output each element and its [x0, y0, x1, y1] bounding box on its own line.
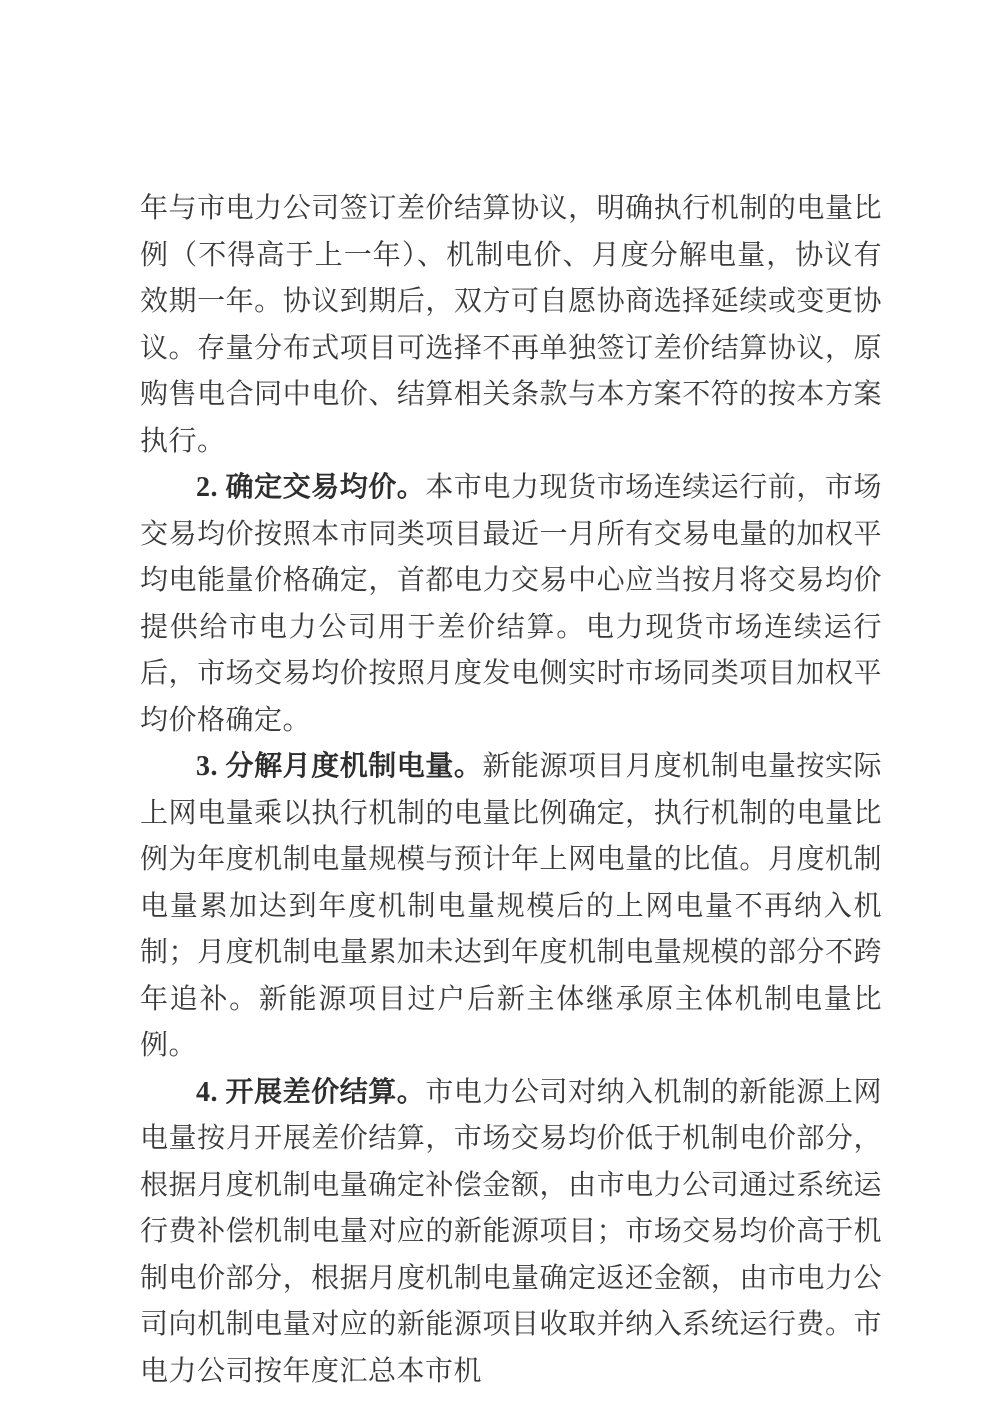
paragraph-text: 本市电力现货市场连续运行前，市场交易均价按照本市同类项目最近一月所有交易电量的加…: [140, 472, 882, 736]
document-body: 年与市电力公司签订差价结算协议，明确执行机制的电量比例（不得高于上一年）、机制电…: [140, 186, 882, 1395]
paragraph-lead: 4. 开展差价结算。: [196, 1077, 425, 1108]
paragraph-item-4: 4. 开展差价结算。市电力公司对纳入机制的新能源上网电量按月开展差价结算，市场交…: [140, 1070, 882, 1396]
paragraph-item-2: 2. 确定交易均价。本市电力现货市场连续运行前，市场交易均价按照本市同类项目最近…: [140, 465, 882, 744]
paragraph-lead: 2. 确定交易均价。: [196, 472, 425, 503]
document-page: 年与市电力公司签订差价结算协议，明确执行机制的电量比例（不得高于上一年）、机制电…: [0, 0, 1000, 1414]
paragraph-text: 市电力公司对纳入机制的新能源上网电量按月开展差价结算，市场交易均价低于机制电价部…: [140, 1077, 882, 1387]
paragraph-continuation: 年与市电力公司签订差价结算协议，明确执行机制的电量比例（不得高于上一年）、机制电…: [140, 186, 882, 465]
paragraph-lead: 3. 分解月度机制电量。: [196, 751, 482, 782]
paragraph-text: 新能源项目月度机制电量按实际上网电量乘以执行机制的电量比例确定，执行机制的电量比…: [140, 751, 882, 1061]
paragraph-text: 年与市电力公司签订差价结算协议，明确执行机制的电量比例（不得高于上一年）、机制电…: [140, 193, 882, 457]
paragraph-item-3: 3. 分解月度机制电量。新能源项目月度机制电量按实际上网电量乘以执行机制的电量比…: [140, 744, 882, 1070]
